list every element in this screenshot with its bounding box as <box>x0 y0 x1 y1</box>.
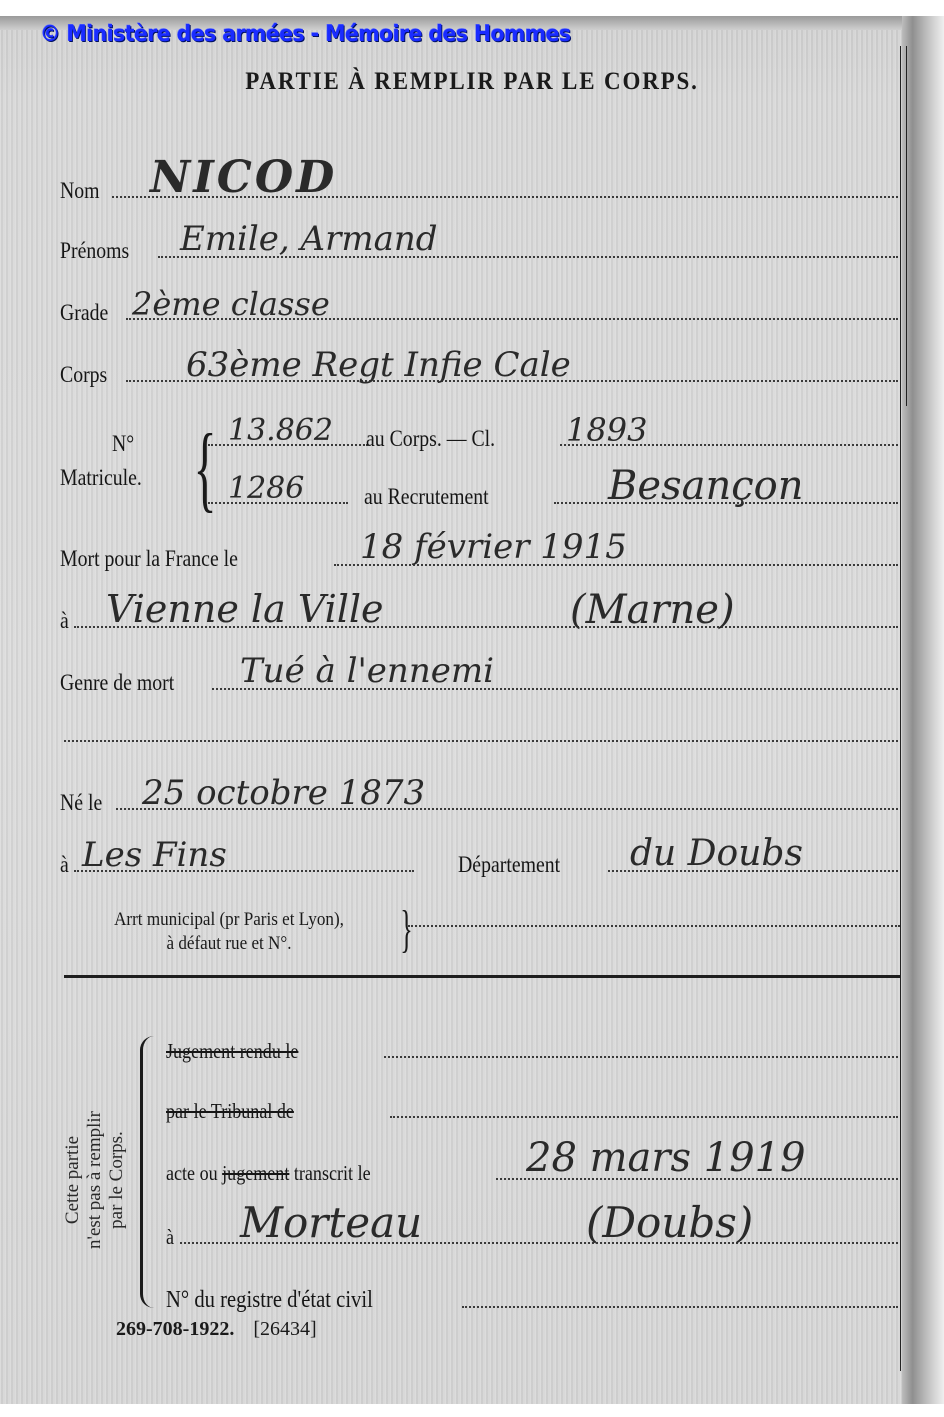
dotted-line <box>462 1306 898 1308</box>
nom-label: Nom <box>60 179 100 202</box>
section-divider <box>64 975 900 978</box>
matricule-corps-value: 13.862 <box>228 416 333 446</box>
classe-value: 1893 <box>566 414 647 446</box>
lieu-naissance-label: à <box>60 853 69 876</box>
field-lieu-transcription: à Morteau (Doubs) <box>166 1208 898 1248</box>
lieu-mort-value: Vienne la Ville <box>106 590 384 628</box>
field-lieu-naissance: à Les Fins Département du Doubs <box>60 836 898 876</box>
lieu-mort-dept: (Marne) <box>570 590 735 630</box>
arrondissement-dotted-line <box>408 925 900 927</box>
field-tribunal: par le Tribunal de <box>166 1082 898 1122</box>
ne-le-label: Né le <box>60 791 102 814</box>
scan-right-edge <box>902 16 944 1404</box>
field-genre-mort: Genre de mort Tué à l'ennemi <box>60 654 898 694</box>
matricule-corps-label: au Corps. — Cl. <box>366 427 495 450</box>
transcrit-label: acte ou jugement transcrit le <box>166 1163 371 1184</box>
dotted-line <box>384 1056 898 1058</box>
field-grade: Grade 2ème classe <box>60 284 898 324</box>
recrutement-value: 1286 <box>228 474 304 504</box>
field-lieu-mort: à Vienne la Ville (Marne) <box>60 592 898 632</box>
matricule-label: Matricule. <box>60 466 142 489</box>
dotted-line <box>64 740 898 742</box>
field-prenoms: Prénoms Emile, Armand <box>60 222 898 262</box>
mort-value: 18 février 1915 <box>360 530 627 564</box>
nom-value: NICOD <box>150 156 337 200</box>
border-line <box>906 46 907 406</box>
arrondissement-label: Arrt municipal (pr Paris et Lyon), à déf… <box>64 908 394 956</box>
dotted-line <box>390 1116 898 1118</box>
lieu-transcription-value: Morteau <box>240 1202 422 1244</box>
lieu-transcription-label: à <box>166 1227 174 1248</box>
grade-label: Grade <box>60 301 108 324</box>
prenoms-value: Emile, Armand <box>180 222 438 256</box>
field-jugement: Jugement rendu le <box>166 1022 898 1062</box>
mort-label: Mort pour la France le <box>60 547 238 570</box>
corps-label: Corps <box>60 363 107 386</box>
field-corps: Corps 63ème Regt Infie Cale <box>60 346 898 386</box>
lieu-transcription-dept: (Doubs) <box>586 1202 753 1244</box>
field-registre: N° du registre d'état civil <box>166 1272 898 1312</box>
genre-mort-label: Genre de mort <box>60 671 174 694</box>
field-transcrit: acte ou jugement transcrit le 28 mars 19… <box>166 1144 898 1184</box>
genre-mort-value: Tué à l'ennemi <box>240 654 494 688</box>
departement-label: Département <box>458 853 560 876</box>
tribunal-label: par le Tribunal de <box>166 1101 294 1122</box>
registre-label: N° du registre d'état civil <box>166 1288 373 1312</box>
recrutement-place: Besançon <box>608 466 803 506</box>
border-line <box>900 46 901 1371</box>
field-matricule-corps: 13.862 au Corps. — Cl. 1893 <box>208 410 898 450</box>
departement-value: du Doubs <box>630 836 803 872</box>
print-footer: 269-708-1922. [26434] <box>116 1318 317 1341</box>
print-code: 269-708-1922. <box>116 1318 234 1340</box>
form-title: PARTIE À REMPLIR PAR LE CORPS. <box>38 68 906 96</box>
prenoms-label: Prénoms <box>60 239 129 262</box>
field-blank <box>60 706 898 746</box>
civil-side-note: Cette partie n'est pas à remplir par le … <box>62 1070 128 1290</box>
field-matricule-recrutement: 1286 au Recrutement Besançon <box>208 468 898 508</box>
jugement-label: Jugement rendu le <box>166 1041 298 1062</box>
grade-value: 2ème classe <box>132 288 330 320</box>
lieu-mort-label: à <box>60 609 69 632</box>
matricule-no-label: N° <box>112 432 134 455</box>
field-nom: Nom NICOD <box>60 162 898 202</box>
arrondissement-brace: } <box>400 904 412 956</box>
corps-value: 63ème Regt Infie Cale <box>186 348 571 382</box>
ne-le-value: 25 octobre 1873 <box>142 776 425 810</box>
field-ne-le: Né le 25 octobre 1873 <box>60 774 898 814</box>
field-mort: Mort pour la France le 18 février 1915 <box>60 530 898 570</box>
civil-section-brace <box>140 1036 157 1308</box>
transcrit-value: 28 mars 1919 <box>526 1138 806 1178</box>
lieu-naissance-value: Les Fins <box>82 838 227 872</box>
recrutement-label: au Recrutement <box>364 485 489 508</box>
copyright-watermark: © Ministère des armées - Mémoire des Hom… <box>40 22 571 47</box>
print-ref: [26434] <box>253 1318 316 1340</box>
